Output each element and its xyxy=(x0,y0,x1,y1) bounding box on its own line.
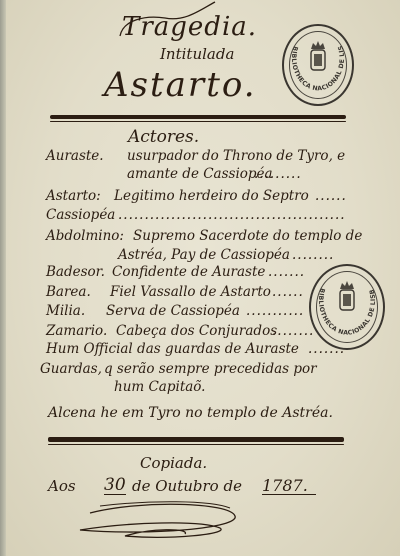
date-day: 30 xyxy=(104,477,126,495)
cast-name: Barea. xyxy=(46,286,91,300)
date-month: de Outubro de xyxy=(132,479,242,494)
leader-dots: ........ xyxy=(272,325,314,339)
leader-dots: ...... xyxy=(315,190,347,204)
library-stamp-middle: BIBLIOTHECA NACIONAL DE LISBOA xyxy=(309,264,385,350)
cast-role: Serva de Cassiopéa xyxy=(106,305,240,319)
cast-role-cont: amante de Cassiopéa xyxy=(127,168,273,182)
cast-role: usurpador do Throno de Tyro, e xyxy=(127,150,345,164)
cast-name: Hum Official das guardas de Auraste xyxy=(46,343,299,357)
top-rule-thin xyxy=(50,121,346,122)
cast-name: Milia. xyxy=(46,305,85,319)
cast-name: Auraste. xyxy=(46,150,104,164)
binding-gutter xyxy=(0,0,6,556)
title-tragedia: Tragedia. xyxy=(122,14,257,40)
cast-name: Zamario. xyxy=(46,325,107,339)
top-rule-thick xyxy=(50,115,346,119)
cast-role-cont: Astréa, Pay de Cassiopéa xyxy=(118,249,290,263)
date-year: 1787. xyxy=(262,478,316,495)
cast-role: Cabeça dos Conjurados xyxy=(116,325,277,339)
title-intitulada: Intitulada xyxy=(160,47,234,62)
stamp-text: BIBLIOTHECA NACIONAL DE LISBOA xyxy=(284,26,346,92)
leader-dots: ........ xyxy=(292,249,334,263)
cast-role: Legitimo herdeiro do Septro xyxy=(114,190,309,204)
cast-name: Cassiopéa xyxy=(46,209,115,223)
bottom-rule-thick xyxy=(48,437,344,442)
signature-flourish xyxy=(70,498,250,544)
actors-heading: Actores. xyxy=(128,129,199,146)
cast-role: q serão sempre precedidas por xyxy=(104,363,317,377)
cast-role-cont: hum Capitaõ. xyxy=(114,381,205,395)
leader-dots: ...... xyxy=(272,286,304,300)
cast-name: Guardas, xyxy=(40,363,102,377)
leader-dots: ........... xyxy=(246,305,304,319)
leader-dots: ....... xyxy=(268,266,305,280)
svg-text:BIBLIOTHECA NACIONAL DE LISBOA: BIBLIOTHECA NACIONAL DE LISBOA xyxy=(311,266,377,337)
cast-role: Confidente de Auraste xyxy=(112,266,265,280)
library-stamp-top: BIBLIOTHECA NACIONAL DE LISBOA xyxy=(282,24,354,106)
cast-name: Abdolmino: xyxy=(46,230,124,244)
cast-name: Badesor. xyxy=(46,266,105,280)
leader-dots: ........................................… xyxy=(118,209,346,223)
setting-line: Alcena he em Tyro no templo de Astréa. xyxy=(48,406,333,420)
cast-role: Supremo Sacerdote do templo de xyxy=(133,230,362,244)
stamp-text: BIBLIOTHECA NACIONAL DE LISBOA xyxy=(311,266,377,337)
bottom-rule-thin xyxy=(48,444,344,445)
cast-role: Fiel Vassallo de Astarto xyxy=(110,286,271,300)
copied-label: Copiada. xyxy=(140,456,207,471)
svg-text:BIBLIOTHECA NACIONAL DE LISBOA: BIBLIOTHECA NACIONAL DE LISBOA xyxy=(284,26,346,92)
cast-name: Astarto: xyxy=(46,190,101,204)
manuscript-page: Tragedia. Intitulada Astarto. BIBLIOTHEC… xyxy=(0,0,400,556)
leader-dots: ......... xyxy=(254,168,302,182)
title-astarto: Astarto. xyxy=(104,68,257,102)
date-prefix: Aos xyxy=(48,479,76,494)
